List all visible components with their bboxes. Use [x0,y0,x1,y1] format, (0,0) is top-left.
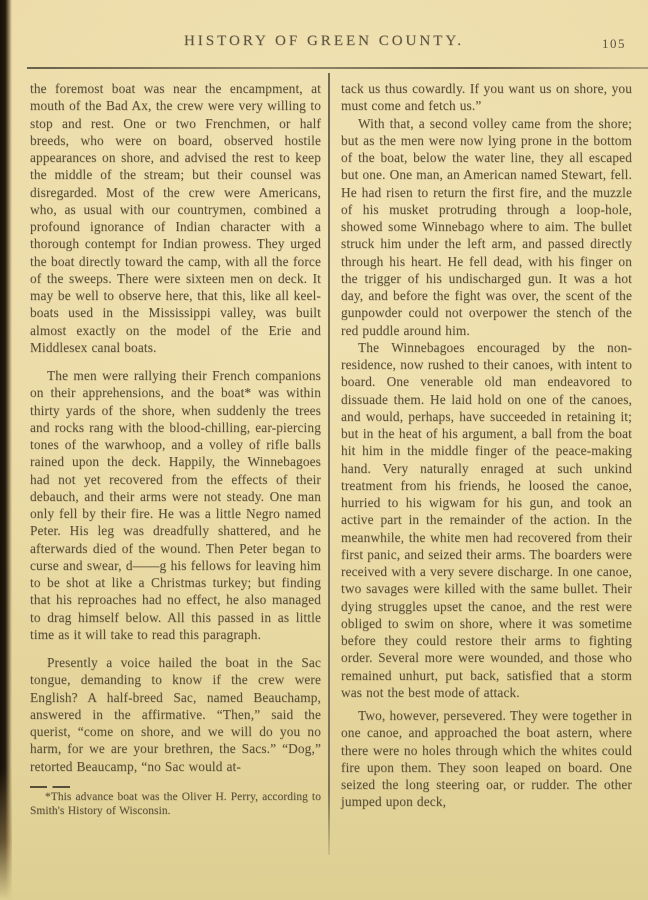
header-rule [27,67,648,69]
paragraph: The men were rallying their French compa… [30,367,321,643]
paragraph: The Winnebagoes encouraged by the non-re… [341,339,632,701]
paragraph: Two, however, persevered. They were toge… [341,707,632,811]
footnote-rule [30,786,70,788]
page-title: HISTORY OF GREEN COUNTY. [60,33,588,50]
book-binding-edge-shadow [0,0,12,900]
paragraph: With that, a second volley came from the… [341,115,632,339]
page-number: 105 [602,36,626,52]
paragraph: Presently a voice hailed the boat in the… [30,654,321,775]
paragraph: tack us thus cowardly. If you want us on… [341,80,632,115]
paragraph: the foremost boat was near the encampmen… [30,80,321,356]
left-column: the foremost boat was near the encampmen… [30,80,321,818]
right-column: tack us thus cowardly. If you want us on… [341,80,632,811]
column-divider-rule [328,73,330,855]
footnote: *This advance boat was the Oliver H. Per… [30,791,321,819]
